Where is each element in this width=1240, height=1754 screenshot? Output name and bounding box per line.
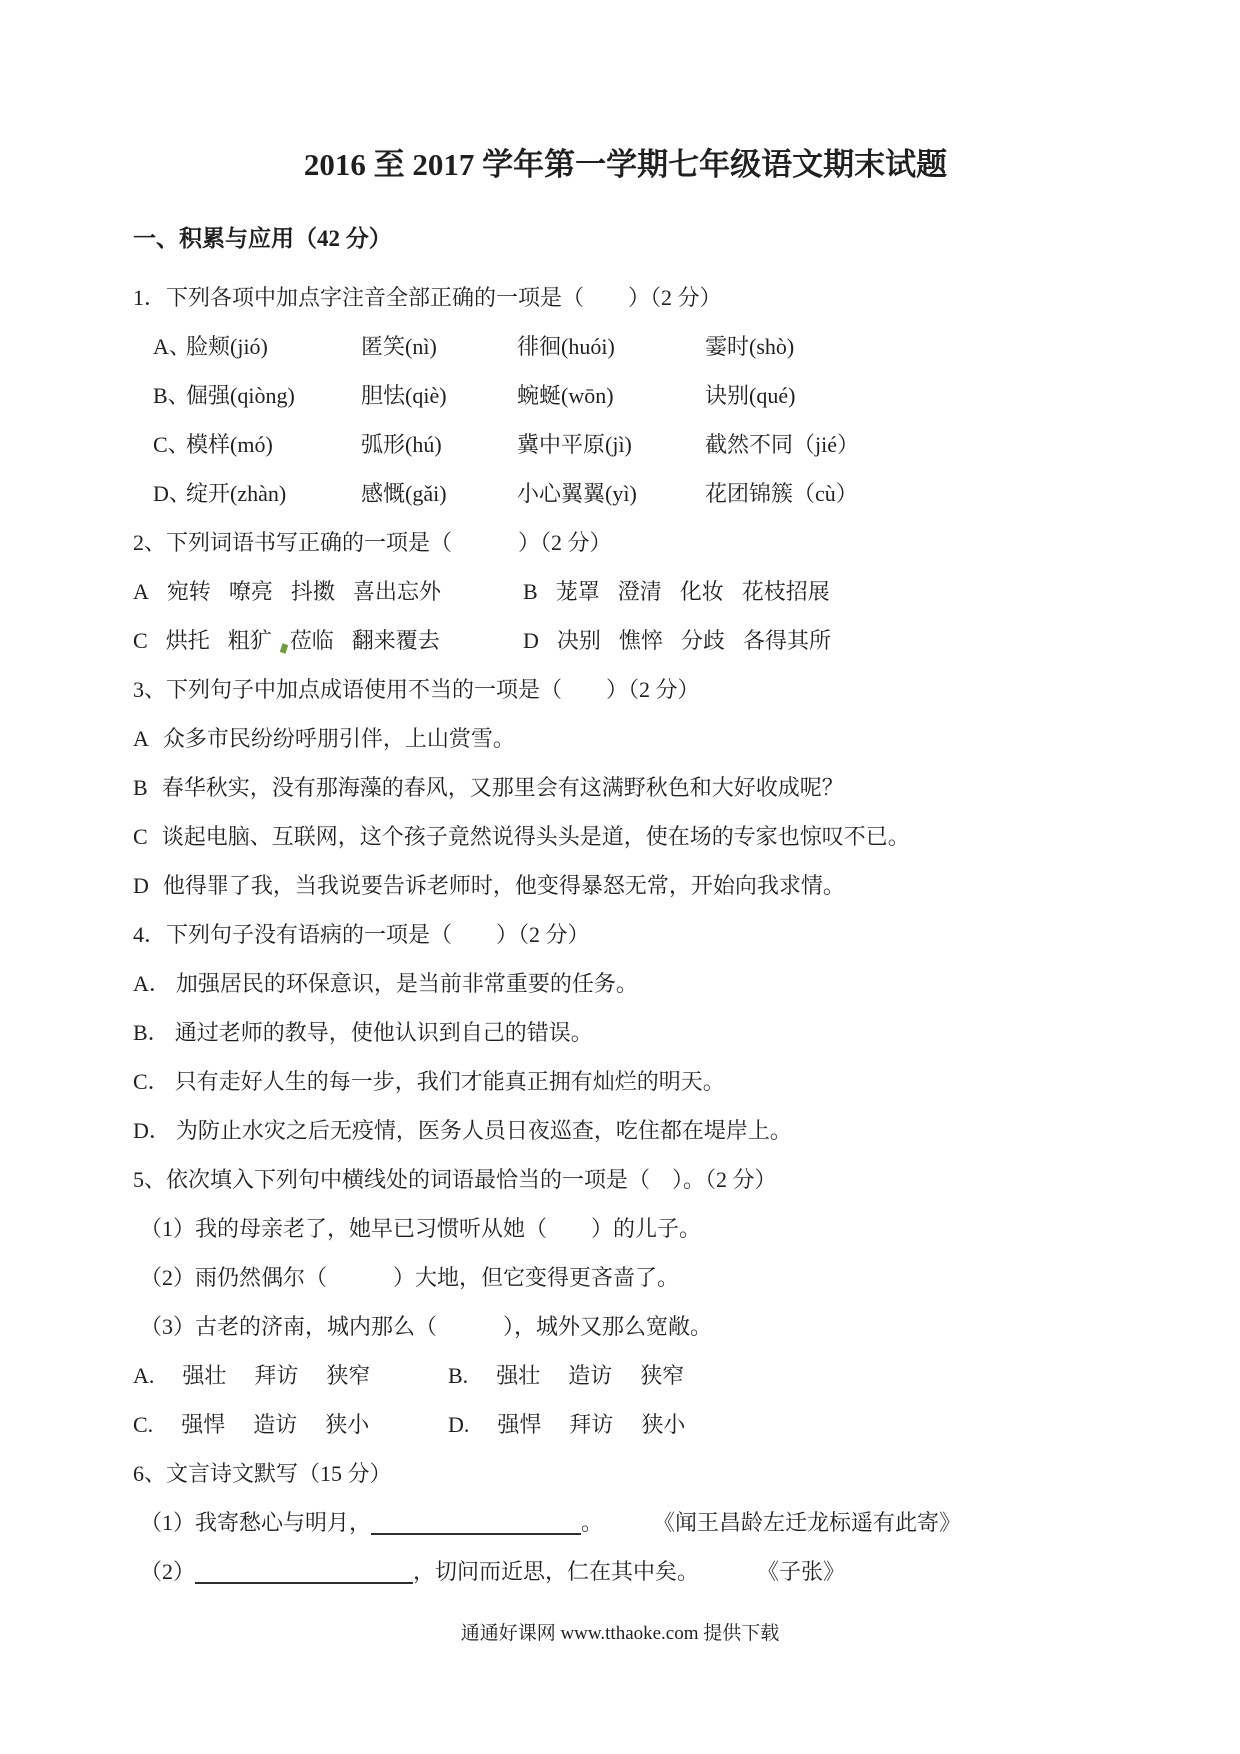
option-sentence: 他得罪了我，当我说要告诉老师时，他变得暴怒无常，开始向我求情。 xyxy=(163,873,845,899)
q4-option-a: A． 加强居民的环保意识，是当前非常重要的任务。 xyxy=(133,971,1118,1020)
q6-item-1: （1）我寄愁心与明月， 。 《闻王昌龄左迁龙标遥有此寄》 xyxy=(133,1510,1118,1559)
q1-option-row-a: A、 脸颊(jió) 匿笑(nì) 徘徊(huói) 霎时(shò) xyxy=(133,334,1118,383)
q3-stem: 3、下列句子中加点成语使用不当的一项是（ ）（2 分） xyxy=(133,677,1118,726)
option-word: 莅临 xyxy=(290,628,334,653)
q2-option-row-cd: C 烘托 粗犷 莅临 翻来覆去 D 决别 憔悴 分歧 各得其所 xyxy=(133,628,1118,677)
q6-stem: 6、文言诗文默写（15 分） xyxy=(133,1461,1118,1510)
option-word: 澄清 xyxy=(618,579,662,605)
option-word: 决别 xyxy=(557,628,601,654)
q6-item-pre: （2） xyxy=(140,1559,195,1585)
q5-group-b: B. 强壮 造访 狭窄 xyxy=(448,1363,684,1389)
option-sentence: 为防止水灾之后无疫情，医务人员日夜巡查，吃住都在堤岸上。 xyxy=(176,1118,792,1144)
q2-option-row-ab: A 宛转 嘹亮 抖擞 喜出忘外 B 茏罩 澄清 化妆 花枝招展 xyxy=(133,579,1118,628)
q1-stem: 1．下列各项中加点字注音全部正确的一项是（ ）（2 分） xyxy=(133,285,1118,334)
option-label: C. xyxy=(133,1412,153,1438)
q6-stem-text: 6、文言诗文默写（15 分） xyxy=(133,1461,392,1487)
option-sentence: 只有走好人生的每一步，我们才能真正拥有灿烂的明天。 xyxy=(175,1069,725,1095)
q5-stem-text: 5、依次填入下列句中横线处的词语最恰当的一项是（ ）。（2 分） xyxy=(133,1167,777,1193)
citation: 《子张》 xyxy=(757,1559,845,1585)
q1-option-row-d: D、 绽开(zhàn) 感慨(gǎi) 小心翼翼(yì) 花团锦簇（cù） xyxy=(133,481,1118,530)
q3-stem-text: 3、下列句子中加点成语使用不当的一项是（ ）（2 分） xyxy=(133,677,700,703)
option-word: 造访 xyxy=(568,1363,612,1389)
q3-option-d: D 他得罪了我，当我说要告诉老师时，他变得暴怒无常，开始向我求情。 xyxy=(133,873,1118,922)
q6-item-post: ，切问而近思，仁在其中矣。 xyxy=(413,1559,699,1585)
q4-stem: 4．下列句子没有语病的一项是（ ）（2 分） xyxy=(133,922,1118,971)
option-term: 花团锦簇（cù） xyxy=(705,481,858,507)
option-word: 强悍 xyxy=(181,1412,225,1438)
q2-group-d: D 决别 憔悴 分歧 各得其所 xyxy=(523,628,831,654)
option-word: 烘托 xyxy=(166,628,210,654)
option-label: C xyxy=(133,628,148,654)
q2-stem-text: 2、下列词语书写正确的一项是（ ）（2 分） xyxy=(133,530,612,556)
q6-item-2: （2） ，切问而近思，仁在其中矣。 《子张》 xyxy=(133,1559,1118,1608)
option-label: A. xyxy=(133,1363,154,1389)
option-label: B. xyxy=(448,1363,468,1389)
option-sentence: 谈起电脑、互联网，这个孩子竟然说得头头是道，使在场的专家也惊叹不已。 xyxy=(162,824,910,850)
spellcheck-mark xyxy=(279,643,287,653)
option-label: C xyxy=(133,824,148,850)
option-label: A xyxy=(133,579,149,605)
option-term: 徘徊(huói) xyxy=(517,334,705,360)
q4-stem-text: 4．下列句子没有语病的一项是（ ）（2 分） xyxy=(133,922,590,948)
option-term: 截然不同（jié） xyxy=(705,432,859,458)
option-label: D． xyxy=(133,1118,171,1144)
option-word: 狭窄 xyxy=(640,1363,684,1389)
q5-option-row-ab: A. 强壮 拜访 狭窄 B. 强壮 造访 狭窄 xyxy=(133,1363,1118,1412)
option-word: 狭窄 xyxy=(326,1363,370,1389)
option-term: 霎时(shò) xyxy=(705,334,794,360)
option-term: 小心翼翼(yì) xyxy=(517,481,705,507)
option-label: A xyxy=(133,726,149,752)
option-word: 花枝招展 xyxy=(742,579,830,605)
option-word: 憔悴 xyxy=(619,628,663,654)
page-footer: 通通好课网 www.tthaoke.com 提供下载 xyxy=(0,1622,1240,1646)
option-word: 拜访 xyxy=(254,1363,298,1389)
q5-item-text: （3）古老的济南，城内那么（ ），城外又那么宽敞。 xyxy=(140,1314,712,1340)
q3-option-c: C 谈起电脑、互联网，这个孩子竟然说得头头是道，使在场的专家也惊叹不已。 xyxy=(133,824,1118,873)
q1-stem-text: 1．下列各项中加点字注音全部正确的一项是（ ）（2 分） xyxy=(133,285,722,311)
option-label: C． xyxy=(133,1069,170,1095)
option-term: 倔强(qiòng) xyxy=(186,383,361,409)
q6-item-post: 。 xyxy=(581,1510,603,1536)
option-word-with-mark: 莅临 xyxy=(290,628,334,654)
option-word: 喜出忘外 xyxy=(353,579,441,605)
q5-item-text: （1）我的母亲老了，她早已习惯听从她（ ）的儿子。 xyxy=(140,1216,701,1242)
option-word: 狭小 xyxy=(325,1412,369,1438)
citation: 《闻王昌龄左迁龙标遥有此寄》 xyxy=(653,1510,961,1536)
q5-option-row-cd: C. 强悍 造访 狭小 D. 强悍 拜访 狭小 xyxy=(133,1412,1118,1461)
q2-group-c: C 烘托 粗犷 莅临 翻来覆去 xyxy=(133,628,523,654)
option-term: 脸颊(jió) xyxy=(186,334,361,360)
option-term: 冀中平原(jì) xyxy=(517,432,705,458)
option-label: A． xyxy=(133,971,171,997)
option-word: 强壮 xyxy=(182,1363,226,1389)
option-word: 强壮 xyxy=(496,1363,540,1389)
q5-item-2: （2）雨仍然偶尔（ ）大地，但它变得更吝啬了。 xyxy=(133,1265,1118,1314)
option-word: 各得其所 xyxy=(743,628,831,654)
option-label: B． xyxy=(133,1020,170,1046)
option-label: D xyxy=(523,628,539,654)
q2-stem: 2、下列词语书写正确的一项是（ ）（2 分） xyxy=(133,530,1118,579)
option-sentence: 加强居民的环保意识，是当前非常重要的任务。 xyxy=(176,971,638,997)
option-label: D. xyxy=(448,1412,469,1438)
option-term: 诀别(qué) xyxy=(705,383,795,409)
q5-item-text: （2）雨仍然偶尔（ ）大地，但它变得更吝啬了。 xyxy=(140,1265,679,1291)
q5-item-3: （3）古老的济南，城内那么（ ），城外又那么宽敞。 xyxy=(133,1314,1118,1363)
q4-option-b: B． 通过老师的教导，使他认识到自己的错误。 xyxy=(133,1020,1118,1069)
option-label: C、 xyxy=(153,432,186,458)
q3-option-a: A 众多市民纷纷呼朋引伴，上山赏雪。 xyxy=(133,726,1118,775)
q4-option-d: D． 为防止水灾之后无疫情，医务人员日夜巡查，吃住都在堤岸上。 xyxy=(133,1118,1118,1167)
option-term: 匿笑(nì) xyxy=(361,334,517,360)
section-heading: 一、积累与应用（42 分） xyxy=(133,226,1118,252)
answer-blank-line xyxy=(371,1510,581,1535)
q1-option-row-c: C、 模样(mó) 弧形(hú) 冀中平原(jì) 截然不同（jié） xyxy=(133,432,1118,481)
q4-option-c: C． 只有走好人生的每一步，我们才能真正拥有灿烂的明天。 xyxy=(133,1069,1118,1118)
option-term: 蜿蜒(wōn) xyxy=(517,383,705,409)
q5-group-d: D. 强悍 拜访 狭小 xyxy=(448,1412,685,1438)
option-label: B xyxy=(133,775,148,801)
option-term: 胆怯(qiè) xyxy=(361,383,517,409)
q5-stem: 5、依次填入下列句中横线处的词语最恰当的一项是（ ）。（2 分） xyxy=(133,1167,1118,1216)
page-title: 2016 至 2017 学年第一学期七年级语文期末试题 xyxy=(133,146,1118,184)
option-label: A、 xyxy=(153,334,186,360)
option-label: B、 xyxy=(153,383,186,409)
exam-content: 2016 至 2017 学年第一学期七年级语文期末试题 一、积累与应用（42 分… xyxy=(133,146,1118,1608)
q3-option-b: B 春华秋实，没有那海藻的春风，又那里会有这满野秋色和大好收成呢？ xyxy=(133,775,1118,824)
option-sentence: 众多市民纷纷呼朋引伴，上山赏雪。 xyxy=(163,726,515,752)
option-word: 化妆 xyxy=(680,579,724,605)
option-label: B xyxy=(523,579,538,605)
option-word: 分歧 xyxy=(681,628,725,654)
option-word: 翻来覆去 xyxy=(352,628,440,654)
exam-document-page: 2016 至 2017 学年第一学期七年级语文期末试题 一、积累与应用（42 分… xyxy=(0,0,1240,1754)
option-sentence: 通过老师的教导，使他认识到自己的错误。 xyxy=(175,1020,593,1046)
answer-blank-line xyxy=(195,1559,413,1584)
option-label: D、 xyxy=(153,481,186,507)
option-word: 嘹亮 xyxy=(229,579,273,605)
option-word: 抖擞 xyxy=(291,579,335,605)
option-term: 模样(mó) xyxy=(186,432,361,458)
q5-item-1: （1）我的母亲老了，她早已习惯听从她（ ）的儿子。 xyxy=(133,1216,1118,1265)
option-label: D xyxy=(133,873,149,899)
option-term: 弧形(hú) xyxy=(361,432,517,458)
option-word: 宛转 xyxy=(167,579,211,605)
option-word: 强悍 xyxy=(497,1412,541,1438)
option-term: 绽开(zhàn) xyxy=(186,481,361,507)
option-word: 粗犷 xyxy=(228,628,272,654)
option-word: 拜访 xyxy=(569,1412,613,1438)
option-word: 茏罩 xyxy=(556,579,600,605)
option-word: 狭小 xyxy=(641,1412,685,1438)
option-sentence: 春华秋实，没有那海藻的春风，又那里会有这满野秋色和大好收成呢？ xyxy=(162,775,844,801)
q2-group-a: A 宛转 嘹亮 抖擞 喜出忘外 xyxy=(133,579,523,605)
q1-option-row-b: B、 倔强(qiòng) 胆怯(qiè) 蜿蜒(wōn) 诀别(qué) xyxy=(133,383,1118,432)
option-term: 感慨(gǎi) xyxy=(361,481,517,507)
q2-group-b: B 茏罩 澄清 化妆 花枝招展 xyxy=(523,579,830,605)
q5-group-a: A. 强壮 拜访 狭窄 xyxy=(133,1363,448,1389)
q5-group-c: C. 强悍 造访 狭小 xyxy=(133,1412,448,1438)
option-word: 造访 xyxy=(253,1412,297,1438)
q6-item-pre: （1）我寄愁心与明月， xyxy=(140,1510,371,1536)
